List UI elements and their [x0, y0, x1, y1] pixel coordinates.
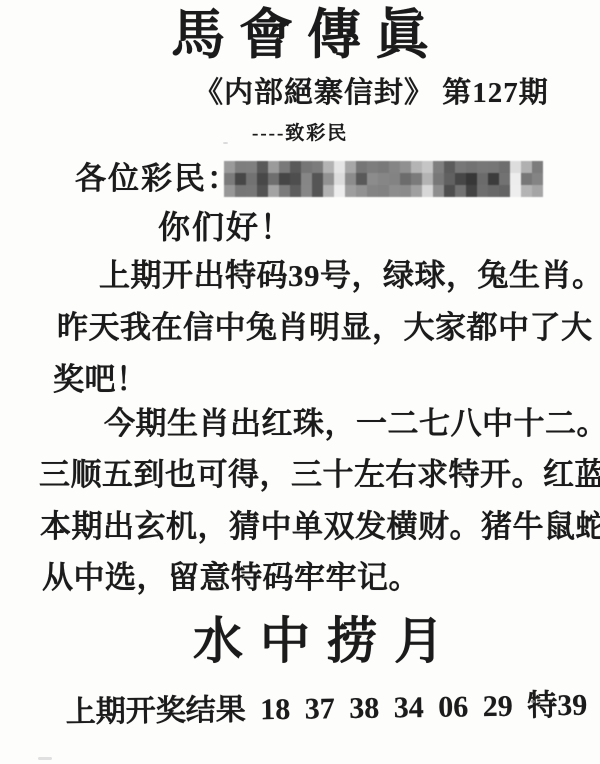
censored-contact-blur	[224, 161, 543, 197]
mosaic-cell	[367, 173, 378, 185]
mosaic-cell	[400, 185, 411, 197]
mosaic-cell	[411, 161, 422, 173]
mosaic-cell	[422, 173, 433, 185]
paragraph2-line1: 今期生肖出红珠，一二七八中十二。	[104, 407, 600, 441]
mosaic-cell	[378, 185, 389, 197]
mosaic-cell	[488, 173, 499, 185]
mosaic-cell	[323, 185, 334, 197]
mosaic-cell	[488, 161, 499, 173]
mosaic-cell	[235, 161, 246, 173]
mosaic-cell	[224, 173, 235, 185]
mosaic-cell	[411, 173, 422, 185]
mosaic-cell	[224, 185, 235, 197]
mosaic-cell	[433, 173, 444, 185]
mosaic-cell	[499, 161, 510, 173]
mosaic-cell	[312, 173, 323, 185]
mosaic-cell	[246, 161, 257, 173]
mosaic-cell	[224, 161, 235, 173]
mosaic-cell	[455, 161, 466, 173]
mosaic-cell	[444, 161, 455, 173]
mosaic-cell	[345, 161, 356, 173]
mosaic-cell	[521, 173, 532, 185]
mosaic-cell	[290, 161, 301, 173]
mosaic-cell	[323, 161, 334, 173]
mosaic-cell	[466, 173, 477, 185]
mosaic-cell	[510, 173, 521, 185]
mosaic-cell	[378, 161, 389, 173]
mosaic-cell	[444, 185, 455, 197]
paragraph1-line2: 昨天我在信中兔肖明显，大家都中了大	[57, 311, 593, 345]
paragraph2-line4: 从中选，留意特码牢牢记。	[42, 561, 420, 595]
scan-speckle	[223, 142, 228, 144]
previous-draw-result: 上期开奖结果 18 37 38 34 06 29 特39	[66, 689, 588, 729]
mosaic-cell	[444, 173, 455, 185]
mosaic-cell	[466, 185, 477, 197]
mosaic-cell	[334, 161, 345, 173]
mosaic-cell	[323, 173, 334, 185]
mosaic-cell	[499, 173, 510, 185]
mosaic-cell	[356, 185, 367, 197]
mosaic-cell	[312, 161, 323, 173]
mosaic-cell	[400, 161, 411, 173]
mosaic-cell	[389, 173, 400, 185]
mosaic-cell	[510, 161, 521, 173]
mosaic-cell	[334, 185, 345, 197]
mosaic-cell	[422, 161, 433, 173]
subtitle-issue: 《内部絕寨信封》 第127期	[194, 78, 549, 110]
mosaic-cell	[389, 161, 400, 173]
mosaic-cell	[246, 185, 257, 197]
mosaic-cell	[367, 185, 378, 197]
scan-speckle	[38, 757, 52, 760]
mosaic-cell	[521, 161, 532, 173]
salutation: 各位彩民：	[75, 162, 240, 196]
mosaic-cell	[466, 161, 477, 173]
slogan-idiom: 水中捞月	[193, 614, 461, 669]
paragraph2-line2: 三顺五到也可得，三十左右求特开。红蓝	[39, 458, 600, 492]
paragraph2-line3: 本期出玄机，猜中单双发横财。猪牛鼠蛇	[40, 510, 600, 544]
mosaic-cell	[499, 185, 510, 197]
page-title: 馬會傳眞	[0, 6, 600, 65]
mosaic-cell	[356, 173, 367, 185]
mosaic-cell	[279, 185, 290, 197]
mosaic-cell	[455, 173, 466, 185]
mosaic-cell	[411, 185, 422, 197]
mosaic-cell	[312, 185, 323, 197]
greeting: 你们好！	[158, 210, 294, 245]
mosaic-cell	[290, 185, 301, 197]
scan-speckle	[531, 700, 535, 703]
mosaic-cell	[268, 173, 279, 185]
mosaic-cell	[400, 173, 411, 185]
mosaic-cell	[345, 185, 356, 197]
mosaic-cell	[532, 161, 543, 173]
mosaic-cell	[433, 161, 444, 173]
mosaic-cell	[301, 173, 312, 185]
mosaic-cell	[356, 161, 367, 173]
mosaic-cell	[279, 161, 290, 173]
mosaic-cell	[301, 161, 312, 173]
mosaic-cell	[301, 185, 312, 197]
mosaic-cell	[532, 173, 543, 185]
mosaic-cell	[279, 173, 290, 185]
paragraph1-line1: 上期开出特码39号，绿球，兔生肖。	[99, 259, 600, 293]
mosaic-cell	[235, 185, 246, 197]
mosaic-cell	[257, 185, 268, 197]
mosaic-cell	[235, 173, 246, 185]
mosaic-cell	[345, 173, 356, 185]
mosaic-cell	[488, 185, 499, 197]
mosaic-cell	[378, 173, 389, 185]
paragraph1-line3: 奖吧！	[53, 363, 148, 397]
mosaic-cell	[455, 185, 466, 197]
mosaic-cell	[477, 185, 488, 197]
mosaic-cell	[433, 185, 444, 197]
mosaic-cell	[268, 185, 279, 197]
mosaic-cell	[367, 161, 378, 173]
mosaic-cell	[422, 185, 433, 197]
mosaic-cell	[257, 173, 268, 185]
mosaic-cell	[477, 161, 488, 173]
mosaic-cell	[334, 173, 345, 185]
mosaic-cell	[268, 161, 279, 173]
mosaic-cell	[510, 185, 521, 197]
mosaic-cell	[257, 161, 268, 173]
mosaic-cell	[521, 185, 532, 197]
mosaic-cell	[290, 173, 301, 185]
dedication-line: ----致彩民	[252, 124, 348, 145]
mosaic-cell	[246, 173, 257, 185]
mosaic-cell	[532, 185, 543, 197]
fax-sheet: 馬會傳眞 《内部絕寨信封》 第127期 ----致彩民 各位彩民： 你们好！ 上…	[0, 0, 600, 764]
mosaic-cell	[389, 185, 400, 197]
mosaic-cell	[477, 173, 488, 185]
